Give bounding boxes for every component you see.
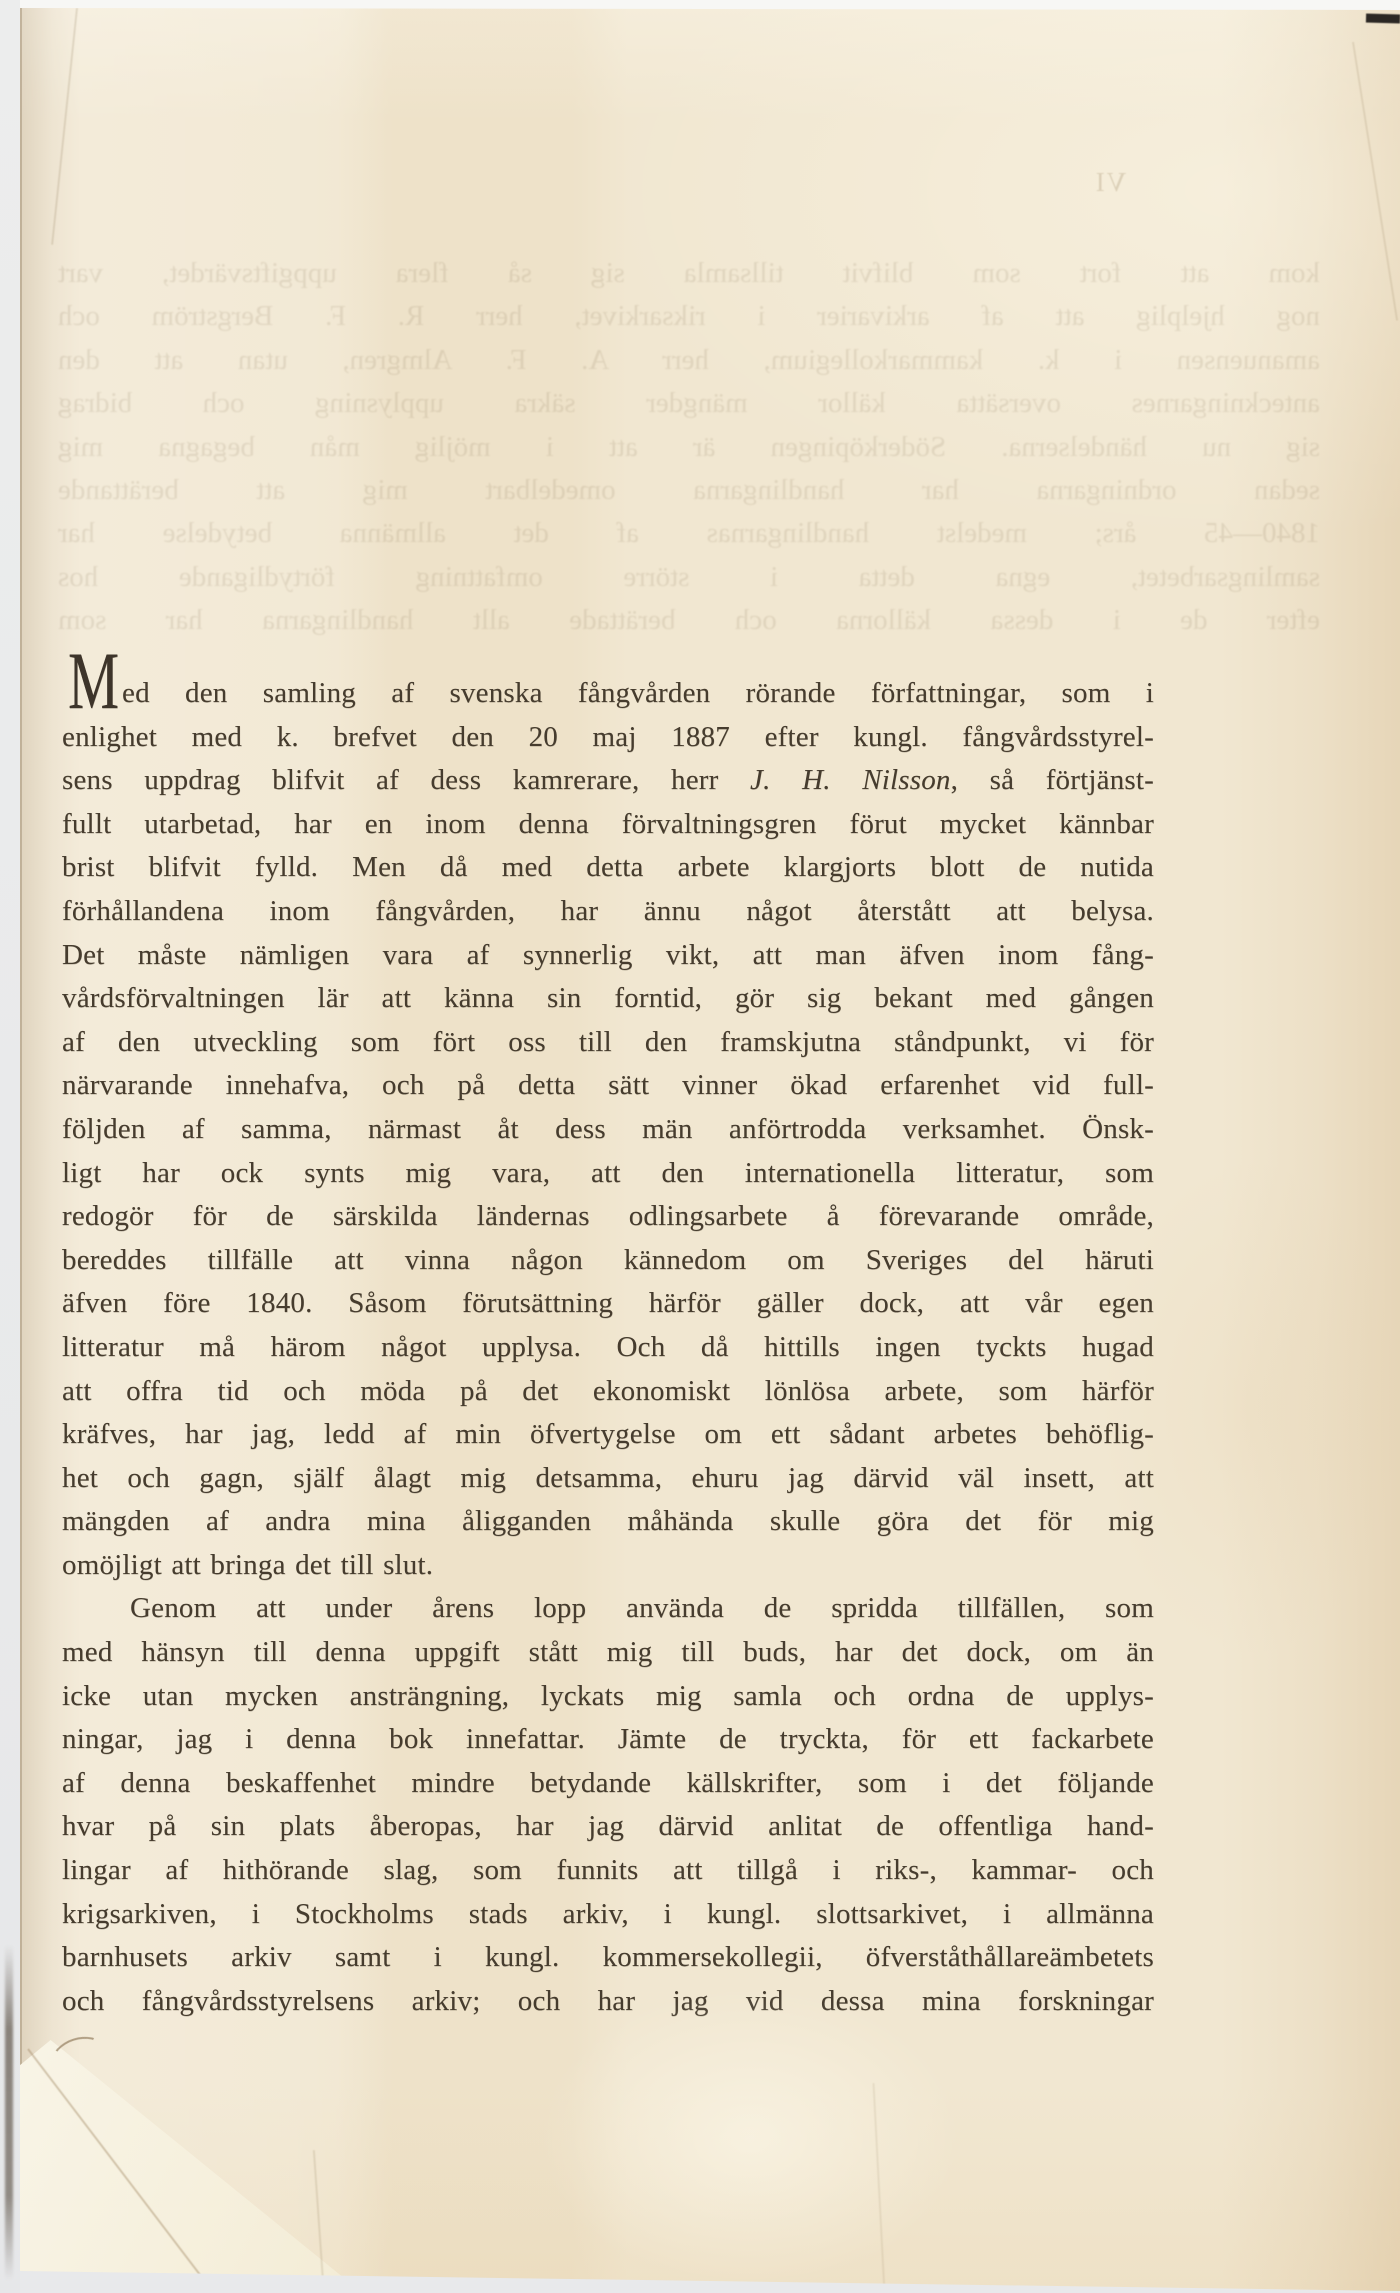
- page-edge-shadow: [5, 1945, 13, 2280]
- bleedthrough-line: nog hjelplig att af arkivarier i riksark…: [58, 295, 1320, 338]
- bleedthrough-line: sedan ordningarna har handlingarna omede…: [58, 469, 1320, 512]
- text-line: följden af samma, närmast åt dess män an…: [62, 1108, 1154, 1152]
- scanner-corner-mark: [1366, 14, 1400, 24]
- text-line: hvar på sin plats åberopas, har jag därv…: [62, 1805, 1154, 1849]
- text-line: brist blifvit fylld. Men då med detta ar…: [62, 846, 1154, 890]
- text-line: Genom att under årens lopp använda de sp…: [62, 1587, 1154, 1631]
- drop-cap: M: [68, 652, 119, 709]
- text-line: att offra tid och möda på det ekonomiskt…: [62, 1370, 1154, 1414]
- text-line: ligt har ock synts mig vara, att den int…: [62, 1152, 1154, 1196]
- crease-line: [1352, 42, 1398, 321]
- text-line: ningar, jag i denna bok innefattar. Jämt…: [62, 1718, 1154, 1762]
- text-line: icke utan mycken ansträngning, lyckats m…: [62, 1675, 1154, 1719]
- text-line: bereddes tillfälle att vinna någon känne…: [62, 1239, 1154, 1283]
- bleedthrough-line: anteckningarnes oversätta källor mängder…: [58, 382, 1320, 425]
- text-line: af denna beskaffenhet mindre betydande k…: [62, 1762, 1154, 1806]
- bleedthrough-line: efter de i dessa källorna och berättade …: [58, 599, 1320, 642]
- bleedthrough-text: kom att fort som blifvit tillsamla sig s…: [58, 252, 1320, 643]
- text-line: lingar af hithörande slag, som funnits a…: [62, 1849, 1154, 1893]
- text-line: kräfves, har jag, ledd af min öfvertygel…: [62, 1413, 1154, 1457]
- text-line: äfven före 1840. Såsom förutsättning här…: [62, 1282, 1154, 1326]
- bleedthrough-line: samlingsarbetet, egna detta i större omf…: [58, 556, 1320, 599]
- text-line: förhållandena inom fångvården, har ännu …: [62, 890, 1154, 934]
- text-line: af den utveckling som fört oss till den …: [62, 1021, 1154, 1065]
- text-line: krigsarkiven, i Stockholms stads arkiv, …: [62, 1893, 1154, 1937]
- book-page: VI kom att fort som blifvit tillsamla si…: [20, 8, 1400, 2291]
- preface-text-block: Med den samling af svenska fångvården rö…: [62, 672, 1154, 2023]
- bleedthrough-line: sig nu händelserna. Söderköpingen är att…: [58, 426, 1320, 469]
- bleedthrough-line: kom att fort som blifvit tillsamla sig s…: [58, 252, 1320, 295]
- text-line: omöjligt att bringa det till slut.: [62, 1544, 1154, 1588]
- text-line: enlighet med k. brefvet den 20 maj 1887 …: [62, 716, 1154, 760]
- text-line: och fångvårdsstyrelsens arkiv; och har j…: [62, 1980, 1154, 2024]
- text-line: vårdsförvaltningen lär att känna sin for…: [62, 977, 1154, 1021]
- text-line: redogör för de särskilda ländernas odlin…: [62, 1195, 1154, 1239]
- torn-corner: [20, 2040, 360, 2291]
- text-line: Med den samling af svenska fångvården rö…: [62, 672, 1154, 716]
- text-line: litteratur må härom något upplysa. Och d…: [62, 1326, 1154, 1370]
- text-line: barnhusets arkiv samt i kungl. kommersek…: [62, 1936, 1154, 1980]
- text-line: het och gagn, själf ålagt mig detsamma, …: [62, 1457, 1154, 1501]
- bleedthrough-line: amanuensen i k. kammarkollegium, herr A.…: [58, 339, 1320, 382]
- text-line: Det måste nämligen vara af synnerlig vik…: [62, 934, 1154, 978]
- page-left-edge-line: [20, 8, 22, 2291]
- text-line: mängden af andra mina åligganden måhända…: [62, 1500, 1154, 1544]
- text-line: sens uppdrag blifvit af dess kamrerare, …: [62, 759, 1154, 803]
- crease-line: [873, 2083, 886, 2293]
- text-line: fullt utarbetad, har en inom denna förva…: [62, 803, 1154, 847]
- scanned-book-page: { "document": { "language": "sv", "bleed…: [0, 0, 1400, 2293]
- bleedthrough-line: 1840—45 års; medelst handlingarnas af de…: [58, 512, 1320, 555]
- bleedthrough-page-number: VI: [1078, 167, 1142, 198]
- paper-stain: [540, 1988, 960, 2288]
- text-line: med hänsyn till denna uppgift stått mig …: [62, 1631, 1154, 1675]
- text-line: närvarande innehafva, och på detta sätt …: [62, 1064, 1154, 1108]
